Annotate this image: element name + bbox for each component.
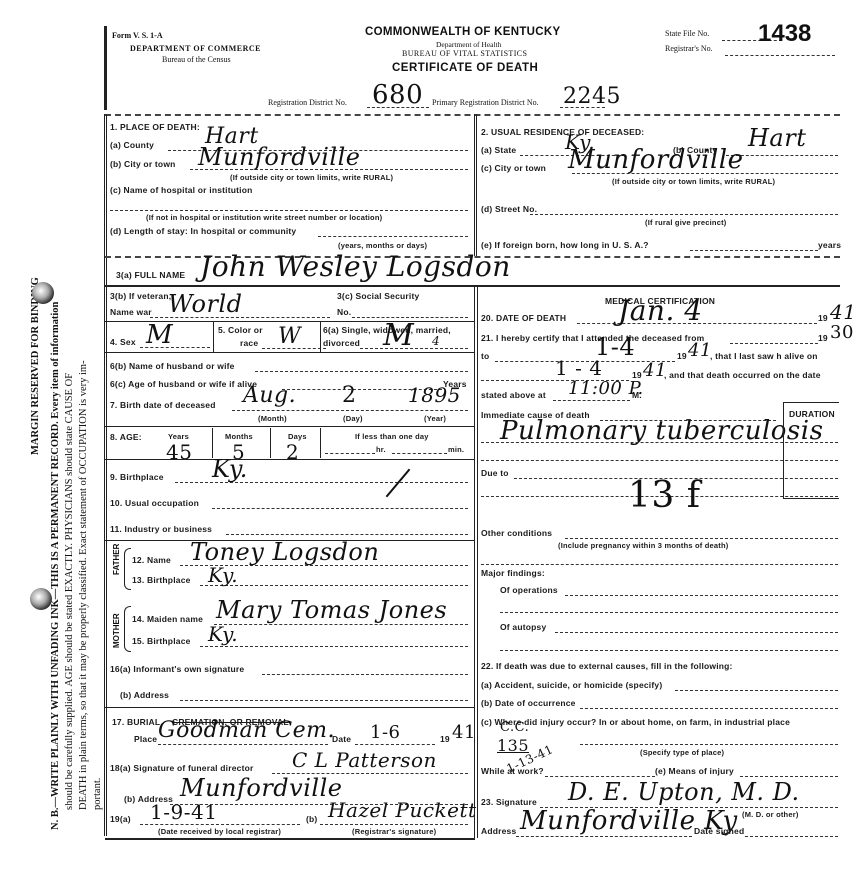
burial-date-label: Date <box>332 734 351 744</box>
duration-column-divider <box>783 402 784 498</box>
registrar-no-label: Registrar's No. <box>665 44 713 53</box>
place-of-death-title: 1. PLACE OF DEATH: <box>110 122 200 132</box>
street-note: (If rural give precinct) <box>645 218 727 227</box>
other-conditions-label: Other conditions <box>481 528 552 538</box>
registration-district-value: 680 <box>372 80 423 110</box>
age-label: 8. AGE: <box>110 432 142 442</box>
funeral-director-label: 18(a) Signature of funeral director <box>110 763 254 773</box>
foreign-born-label: (e) If foreign born, how long in U. S. A… <box>481 240 649 250</box>
binding-margin: MARGIN RESERVED FOR BINDING N. B.—WRITE … <box>4 25 94 845</box>
attended-to-label: to <box>481 351 489 361</box>
burial-date-value: 1-6 <box>370 722 401 743</box>
age-days-value: 2 <box>286 440 299 464</box>
death-county-label: (a) County <box>110 140 154 150</box>
form-number: Form V. S. 1-A <box>112 31 163 40</box>
informant-address-label: (b) Address <box>120 690 169 700</box>
burial-title: 17. BURIAL, <box>112 717 163 727</box>
death-occurred-label: , and that death occurred on the date <box>664 370 821 380</box>
father-bracket <box>124 548 131 590</box>
birth-year-note: (Year) <box>424 414 446 423</box>
color-label-line2: race <box>240 338 258 348</box>
annotation-number: 135 <box>497 736 529 755</box>
hr-label: hr. <box>376 445 386 454</box>
color-label-line1: 5. Color or <box>218 325 263 335</box>
birth-day-note: (Day) <box>343 414 363 423</box>
death-city-label: (b) City or town <box>110 159 176 169</box>
mother-side-label: MOTHER <box>112 613 121 648</box>
bureau-vital-statistics: BUREAU OF VITAL STATISTICS <box>402 49 527 58</box>
means-of-injury-label: (e) Means of injury <box>655 766 734 776</box>
external-causes-label: 22. If death was due to external causes,… <box>481 661 733 671</box>
birth-year-value: 1895 <box>408 383 461 407</box>
residence-state-label: (a) State <box>481 145 516 155</box>
primary-registration-value: 2245 <box>563 84 621 109</box>
place-type-note: (Specify type of place) <box>640 748 724 757</box>
date-signed-label: Date signed <box>694 826 744 836</box>
funeral-director-value: C L Patterson <box>292 748 437 772</box>
bureau-census: Bureau of the Census <box>162 55 231 64</box>
age-years-value: 45 <box>166 440 192 464</box>
veteran-label: 3(b) If veteran, <box>110 291 171 301</box>
street-label: (d) Street No. <box>481 204 537 214</box>
registration-district-label: Registration District No. <box>268 98 347 107</box>
war-label: Name war <box>110 307 152 317</box>
duration-label: DURATION <box>789 409 835 419</box>
father-side-label: FATHER <box>112 544 121 575</box>
hospital-note: (If not in hospital or institution write… <box>146 213 382 222</box>
stated-above-unit: M. <box>632 390 642 400</box>
certify-attended-label: 21. I hereby certify that I attended the… <box>481 333 704 343</box>
physician-signature-note: (M. D. or other) <box>742 810 799 819</box>
min-label: min. <box>448 445 464 454</box>
burial-place-label: Place <box>134 734 157 744</box>
state-file-label: State File No. <box>665 29 709 38</box>
date-occurrence-label: (b) Date of occurrence <box>481 698 576 708</box>
length-of-stay-label: (d) Length of stay: In hospital or commu… <box>110 226 296 236</box>
residence-city-value: Munfordville <box>568 145 743 175</box>
attended-to-year-value: 41 <box>688 340 712 361</box>
marital-value: M <box>383 318 414 353</box>
registrar-sig-label: (b) <box>306 814 317 824</box>
margin-instruction-line-3: DEATH in plain terms, so that it may be … <box>78 360 89 810</box>
length-of-stay-note: (years, months or days) <box>338 241 427 250</box>
commonwealth-title: COMMONWEALTH OF KENTUCKY <box>365 26 560 38</box>
primary-registration-label: Primary Registration District No. <box>432 98 539 107</box>
physician-signature-value: D. E. Upton, M. D. <box>568 778 800 806</box>
punch-hole-bottom <box>30 588 52 610</box>
informant-signature-label: 16(a) Informant's own signature <box>110 664 244 674</box>
margin-instruction-line-1: N. B.—WRITE PLAINLY WITH UNFADING INK—TH… <box>50 302 61 830</box>
physician-address-label: Address <box>481 826 516 836</box>
color-value: W <box>278 324 301 349</box>
major-findings-label: Major findings: <box>481 568 545 578</box>
death-city-note: (If outside city or town limits, write R… <box>230 173 393 182</box>
registrar-sig-value: Hazel Puckett <box>328 798 477 822</box>
spouse-name-label: 6(b) Name of husband or wife <box>110 361 235 371</box>
certificate-title: CERTIFICATE OF DEATH <box>392 62 538 74</box>
father-birthplace-value: Ky. <box>208 563 238 587</box>
margin-instruction-line-4: portant. <box>92 778 103 810</box>
margin-reserved-text: MARGIN RESERVED FOR BINDING <box>30 277 41 455</box>
foreign-born-unit: years <box>818 240 841 250</box>
birth-day-value: 2 <box>342 383 357 408</box>
last-saw-value: 1 - 4 <box>555 356 602 380</box>
accident-label: (a) Accident, suicide, or homicide (spec… <box>481 680 662 690</box>
date-received-value: 1-9-41 <box>150 800 217 824</box>
funeral-address-value: Munfordville <box>180 774 342 802</box>
hospital-label: (c) Name of hospital or institution <box>110 185 253 195</box>
birth-date-label: 7. Birth date of deceased <box>110 400 216 410</box>
sex-value: M <box>146 320 173 350</box>
marital-label-line2: divorced <box>323 338 360 348</box>
burial-year-prefix: 19 <box>440 734 450 744</box>
marital-extra: 4 <box>432 334 440 348</box>
birthplace-value: Ky. <box>212 455 248 483</box>
full-name-label: 3(a) FULL NAME <box>116 270 185 280</box>
while-at-work-label: While at work? <box>481 766 544 776</box>
date-of-death-value: Jan. 4 <box>618 294 703 327</box>
burial-place-value: Goodman Cem. <box>158 718 335 743</box>
occupation-label: 10. Usual occupation <box>110 498 199 508</box>
cause-code-value: 13 f <box>628 475 701 516</box>
residence-city-label: (c) City or town <box>481 163 546 173</box>
attended-to-year-prefix: 19 <box>677 351 687 361</box>
registrar-sig-note: (Registrar's signature) <box>352 827 436 836</box>
burial-year-value: 41 <box>452 722 476 743</box>
mother-name-value: Mary Tomas Jones <box>216 596 447 624</box>
social-security-label: 3(c) Social Security <box>337 291 419 301</box>
residence-city-note: (If outside city or town limits, write R… <box>612 177 775 186</box>
other-conditions-note: (Include pregnancy within 3 months of de… <box>558 541 728 550</box>
date-of-death-label: 20. DATE OF DEATH <box>481 313 566 323</box>
operations-label: Of operations <box>500 585 558 595</box>
annotation-cc: C.C. <box>500 720 529 735</box>
war-value: World <box>168 290 243 318</box>
attended-from-year-prefix: 19 <box>818 333 828 343</box>
mother-birthplace-label: 15. Birthplace <box>132 636 191 646</box>
margin-instruction-line-2: should be carefully supplied. AGE should… <box>64 373 75 810</box>
residence-county-value: Hart <box>748 124 806 152</box>
birth-month-value: Aug. <box>243 383 296 408</box>
death-city-value: Munfordville <box>198 143 360 171</box>
less-than-day-label: If less than one day <box>355 432 429 441</box>
sex-label: 4. Sex <box>110 337 136 347</box>
department-health: Department of Health <box>436 40 501 49</box>
birthplace-label: 9. Birthplace <box>110 472 164 482</box>
dod-year-prefix: 19 <box>818 313 828 323</box>
mother-name-label: 14. Maiden name <box>132 614 203 624</box>
state-file-number: 1438 <box>758 20 811 48</box>
dod-year-value: 41 <box>830 300 856 324</box>
father-name-value: Toney Logsdon <box>190 538 379 566</box>
industry-label: 11. Industry or business <box>110 524 212 534</box>
stated-above-label: stated above at <box>481 390 546 400</box>
father-birthplace-label: 13. Birthplace <box>132 575 191 585</box>
mother-bracket <box>124 606 131 652</box>
department-commerce: DEPARTMENT OF COMMERCE <box>130 44 261 53</box>
autopsy-label: Of autopsy <box>500 622 546 632</box>
spouse-age-label: 6(c) Age of husband or wife if alive <box>110 379 257 389</box>
birth-month-note: (Month) <box>258 414 287 423</box>
due-to-label: Due to <box>481 468 509 478</box>
residence-title: 2. USUAL RESIDENCE OF DECEASED: <box>481 127 644 137</box>
father-name-label: 12. Name <box>132 555 171 565</box>
full-name-value: John Wesley Logsdon <box>200 250 511 283</box>
date-received-note: (Date received by local registrar) <box>158 827 281 836</box>
occupation-check-mark <box>386 469 411 498</box>
date-received-label: 19(a) <box>110 814 131 824</box>
last-saw-label: , that I last saw h alive on <box>710 351 818 361</box>
social-security-no-label: No. <box>337 307 351 317</box>
mother-birthplace-value: Ky. <box>208 622 238 646</box>
punch-hole-top <box>32 282 54 304</box>
attended-from-year-value: 30 <box>830 322 854 343</box>
